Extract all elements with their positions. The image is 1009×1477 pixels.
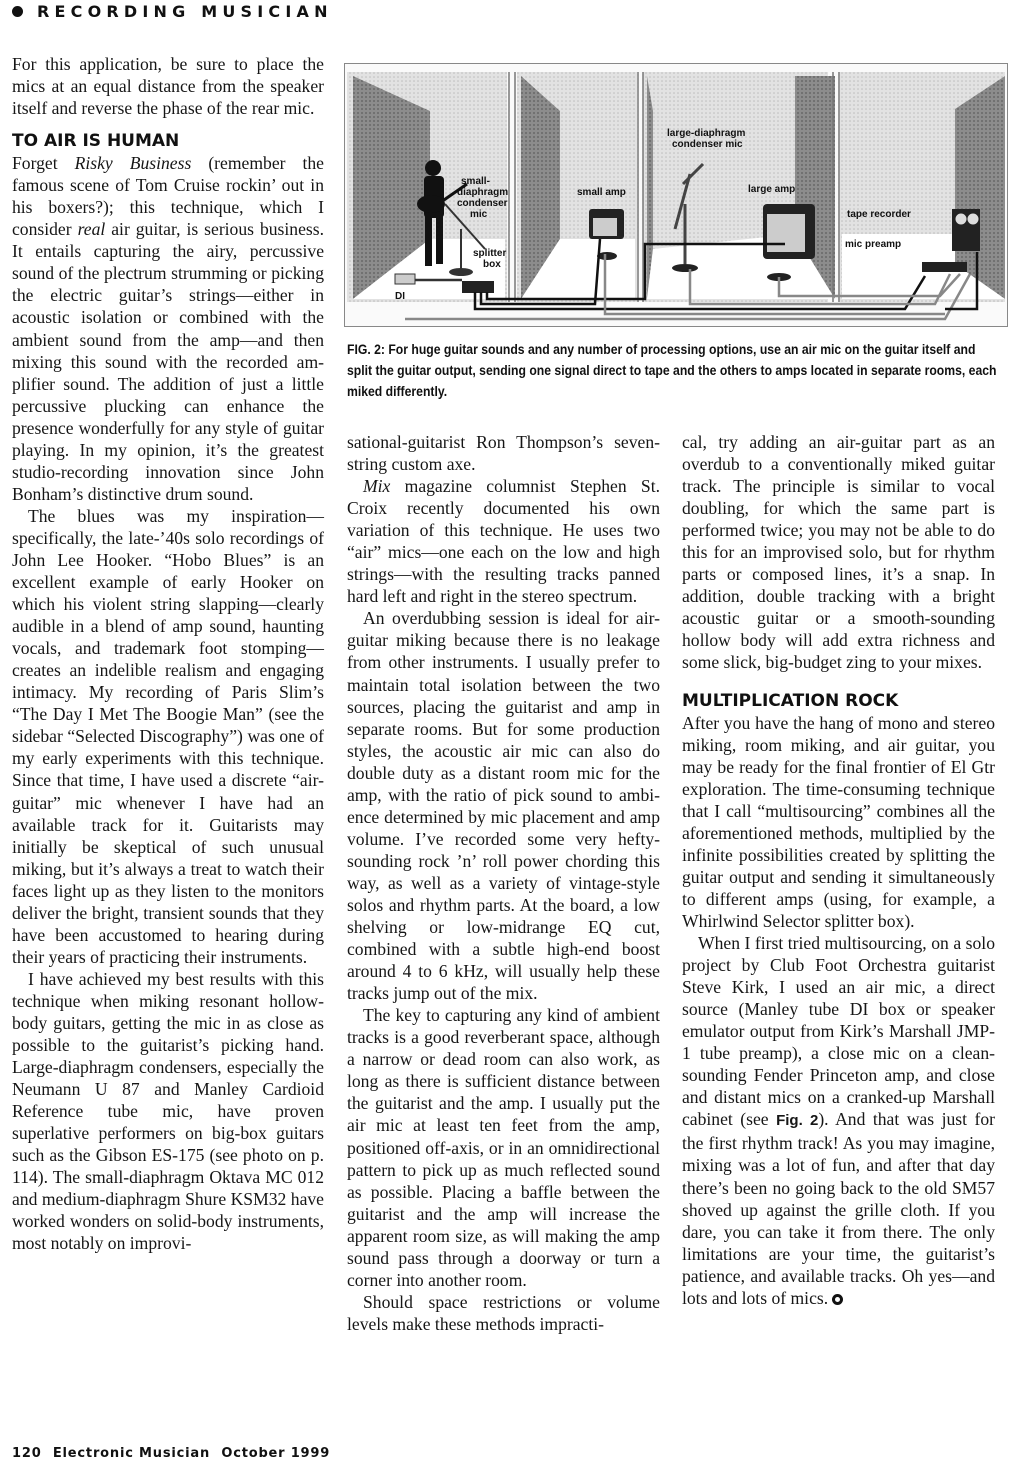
bullet-icon <box>12 6 23 17</box>
column-2: sational-guitarist Ron Thompson’s seven-… <box>347 431 660 1335</box>
paragraph: An overdubbing session is ideal for air-… <box>347 607 660 1004</box>
label-small-mic-1: small- <box>461 176 490 187</box>
paragraph: Forget Risky Business (remember the famo… <box>12 152 324 505</box>
paragraph: After you have the hang of mono and ster… <box>682 712 995 932</box>
di-box <box>395 274 415 284</box>
label-small-amp: small amp <box>577 187 626 198</box>
paragraph: I have achieved my best results with thi… <box>12 968 324 1255</box>
label-large-mic-1: large-diaphragm <box>667 128 745 139</box>
figure-2-diagram: small- diaphragm condenser mic splitter … <box>344 63 1008 327</box>
page-number: 120 <box>12 1446 42 1461</box>
label-splitter-1: splitter <box>473 248 506 259</box>
italic-title: Risky Business <box>75 153 192 173</box>
label-di: DI <box>395 291 405 302</box>
mic-preamp <box>922 262 967 272</box>
section-header: RECORDING MUSICIAN <box>12 2 333 21</box>
paragraph: Should space restrictions or volume leve… <box>347 1291 660 1335</box>
section-label: RECORDING MUSICIAN <box>37 2 333 21</box>
label-small-mic-2: diaphragm <box>457 187 508 198</box>
page-footer: 120 Electronic Musician October 1999 <box>12 1446 336 1461</box>
paragraph: cal, try adding an air-guitar part as an… <box>682 431 995 674</box>
paragraph: The blues was my inspiration—specificall… <box>12 505 324 968</box>
figure-reference: Fig. 2 <box>776 1112 818 1129</box>
text: air guitar, is se­rious business. It ent… <box>12 219 324 504</box>
label-small-mic-4: mic <box>470 209 488 220</box>
column-1: For this application, be sure to place t… <box>12 53 324 1254</box>
label-small-mic-3: condenser <box>457 198 508 209</box>
issue-date: October 1999 <box>221 1446 330 1461</box>
end-of-article-icon <box>832 1294 843 1305</box>
paragraph: sational-guitarist Ron Thompson’s seven-… <box>347 431 660 475</box>
text: When I first tried multisourcing, on a s… <box>682 933 995 1129</box>
paragraph: Mix magazine columnist Stephen St. Croix… <box>347 475 660 607</box>
subhead-to-air-is-human: TO AIR IS HUMAN <box>12 130 324 152</box>
subhead-multiplication-rock: MULTIPLICATION ROCK <box>682 690 995 712</box>
label-tape-recorder: tape recorder <box>847 209 911 220</box>
label-large-mic-2: condenser mic <box>672 139 743 150</box>
italic-word: real <box>78 219 106 239</box>
label-large-amp: large amp <box>748 184 795 195</box>
paragraph: The key to capturing any kind of am­bien… <box>347 1004 660 1291</box>
text: ). And that was just for the first rhyth… <box>682 1109 995 1307</box>
italic-magazine-name: Mix <box>363 476 390 496</box>
column-3: cal, try adding an air-guitar part as an… <box>682 431 995 1309</box>
intro-paragraph: For this application, be sure to place t… <box>12 53 324 119</box>
paragraph: When I first tried multisourcing, on a s… <box>682 932 995 1309</box>
label-splitter-2: box <box>483 259 501 270</box>
label-mic-preamp: mic preamp <box>845 239 901 250</box>
text: Forget <box>12 153 75 173</box>
splitter-box <box>462 281 494 293</box>
room-3 <box>643 72 835 302</box>
text: magazine columnist Stephen St. Croix rec… <box>347 476 660 606</box>
publication-name: Electronic Musician <box>53 1446 210 1461</box>
studio-layout-illustration: small- diaphragm condenser mic splitter … <box>345 64 1007 326</box>
tape-recorder <box>952 209 980 251</box>
figure-caption: FIG. 2: For huge guitar sounds and any n… <box>347 340 1002 403</box>
